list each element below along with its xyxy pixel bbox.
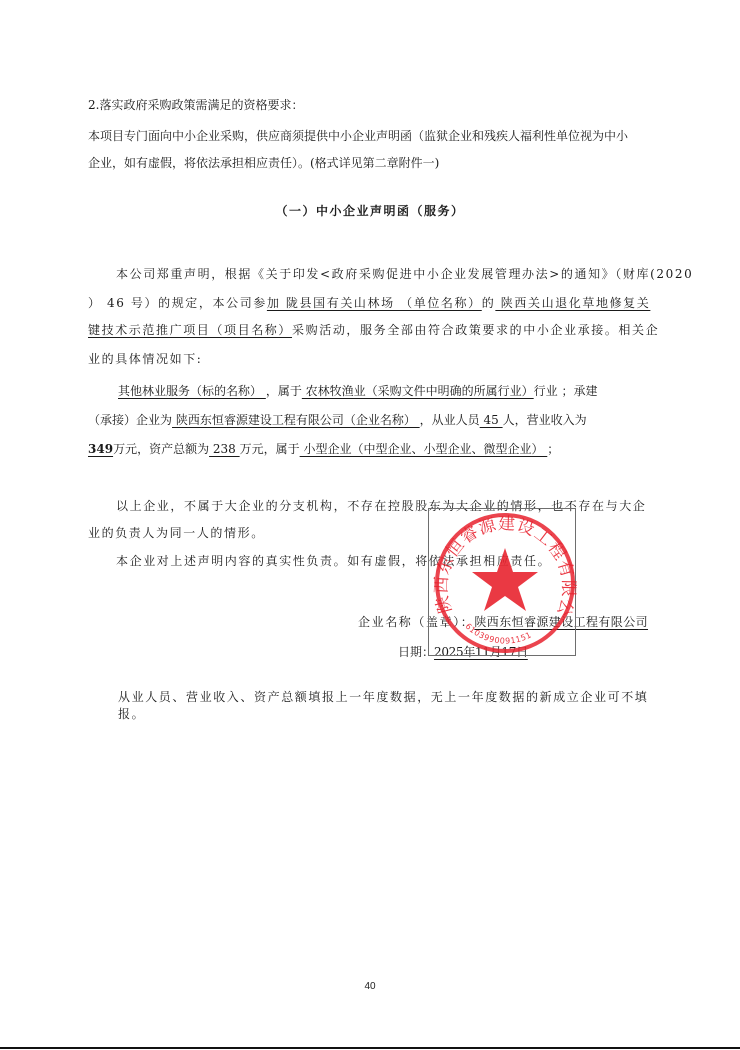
declaration-mid: 的: [482, 296, 496, 310]
assets-unit: 万元，属于: [240, 442, 300, 456]
end-mark: ；: [547, 442, 559, 456]
declaration-prefix: ） 46 号）的规定，本公司参: [88, 296, 267, 310]
revenue-value: 349: [88, 442, 113, 456]
industry-suffix: 行业 ；承建: [534, 384, 598, 398]
employees-label: ，从业人员: [420, 413, 480, 427]
assets-value: 238: [209, 442, 240, 456]
declaration-line-3: 键技术示范推广项目（项目名称）采购活动，服务全部由符合政策要求的中小企业承接。相…: [88, 322, 659, 338]
company-name: 陕西东恒睿源建设工程有限公司（企业名称）: [172, 413, 420, 427]
declaration-line-4: 业的具体情况如下:: [88, 351, 202, 367]
belongs-to-label: ，属于: [266, 384, 302, 398]
declaration-suffix: 采购活动，服务全部由符合政策要求的中小企业承接。相关企: [292, 323, 659, 337]
note-line-1: 从业人员、营业收入、资产总额填报上一年度数据，无上一年度数据的新成立企业可不填: [118, 689, 648, 705]
subject-name: 其他林业服务（标的名称）: [118, 384, 266, 398]
requirement-text-line-1: 本项目专门面向中小企业采购，供应商须提供中小企业声明函（监狱企业和残疾人福利性单…: [88, 128, 628, 144]
revenue-label: 人，营业收入为: [503, 413, 587, 427]
assets-label: 万元，资产总额为: [113, 442, 209, 456]
statement-line-2: 业的负责人为同一人的情形。: [88, 525, 265, 541]
details-line-3: 349万元，资产总额为 238 万元，属于 小型企业（中型企业、小型企业、微型企…: [88, 441, 559, 457]
note-line-2: 报。: [118, 706, 145, 722]
unit-name: 加 陇县国有关山林场 （单位名称）: [267, 296, 482, 310]
project-name-part-2: 键技术示范推广项目（项目名称）: [88, 323, 292, 337]
section-heading: 2.落实政府采购政策需满足的资格要求：: [88, 97, 303, 113]
document-page: 2.落实政府采购政策需满足的资格要求： 本项目专门面向中小企业采购，供应商须提供…: [0, 0, 740, 1050]
declaration-line-2: ） 46 号）的规定，本公司参加 陇县国有关山林场 （单位名称）的 陕西关山退化…: [88, 295, 650, 311]
contractor-prefix: （承接）企业为: [88, 413, 172, 427]
page-number: 40: [0, 981, 740, 992]
company-seal-icon: 陕西东恒睿源建设工程有限公司 6103990091151: [430, 506, 580, 656]
requirement-text-line-2: 企业，如有虚假，将依法承担相应责任）。(格式详见第二章附件一): [88, 155, 439, 171]
details-line-2: （承接）企业为 陕西东恒睿源建设工程有限公司（企业名称） ，从业人员 45 人，…: [88, 412, 587, 428]
employees-count: 45: [480, 413, 503, 427]
declaration-line-1: 本公司郑重声明，根据《关于印发<政府采购促进中小企业发展管理办法>的通知》（财库…: [116, 266, 693, 282]
project-name-part-1: 陕西关山退化草地修复关: [495, 296, 650, 310]
enterprise-type: 小型企业（中型企业、小型企业、微型企业）: [300, 442, 548, 456]
details-line-1: 其他林业服务（标的名称） ，属于 农林牧渔业（采购文件中明确的所属行业）行业 ；…: [118, 383, 598, 399]
bottom-divider: [0, 1047, 740, 1049]
form-title: （一）中小企业声明函（服务）: [0, 202, 740, 219]
industry: 农林牧渔业（采购文件中明确的所属行业）: [302, 384, 534, 398]
